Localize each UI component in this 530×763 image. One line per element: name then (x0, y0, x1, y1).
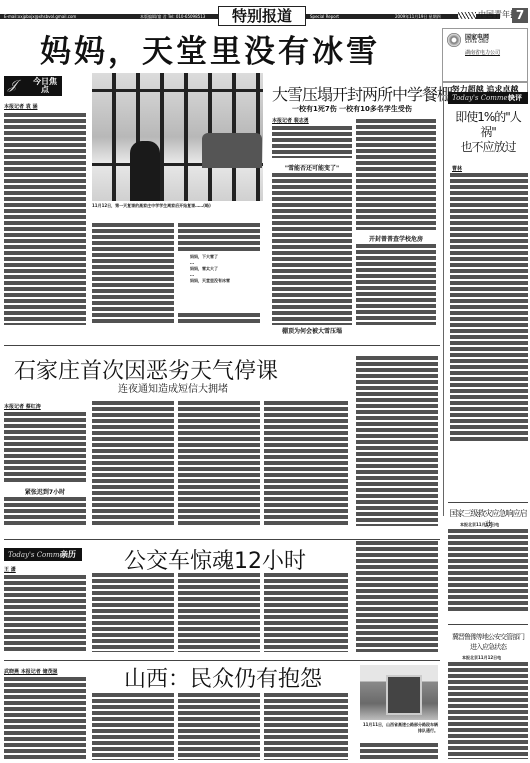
commentary-title-line2: 也不应放过 (448, 140, 528, 155)
lead-body-col1 (4, 112, 86, 325)
story2-body-2 (272, 172, 352, 325)
story3-section-head: 紧张迟到7小时 (4, 487, 86, 496)
lead-photo (92, 73, 263, 201)
focus-tag-label: 今日焦点 (32, 78, 58, 94)
story5-headline: 山西：民众仍有抱怨 (124, 662, 322, 693)
story2-body-3 (356, 118, 436, 230)
lead-body-col2 (92, 222, 174, 325)
today-focus-tag: 𝒥 今日焦点 (4, 76, 62, 96)
sidebar-news-2-title: 冀晋鲁豫等地公安交管部门 进入应急状态 (448, 632, 528, 652)
sidebar-news-2-title-line1: 冀晋鲁豫等地公安交管部门 (448, 632, 528, 642)
email-text: E-mail:xxjpbxjx@xhsbvol.gmail.com (4, 14, 76, 19)
lead-photo-caption: 11月12日，第一天复课的高家庄中学学生离家后开始复课……(略) (92, 203, 263, 217)
sidebar-news-2-title-line2: 进入应急状态 (448, 642, 528, 652)
commentary-script: Today's Comment (452, 94, 515, 102)
sidebar-news-1-body (448, 528, 528, 612)
lead-headline: 妈妈，天堂里没有冰雪 (40, 26, 380, 71)
decorative-hatch (458, 12, 476, 19)
story2-byline: 本报记者 裴志勇 (272, 117, 309, 124)
sidebar-news-divider (448, 502, 528, 503)
commentary-tag: Today's Comment 快评 (448, 92, 528, 104)
story3-byline: 本报记者 蔡红涛 (4, 403, 41, 410)
story3-body-4 (178, 400, 260, 526)
story5-body-5 (360, 742, 438, 760)
story3-body-2 (4, 496, 86, 526)
focus-script-icon: 𝒥 (8, 78, 17, 93)
page-number: 7 (512, 8, 528, 23)
story4-body-4 (264, 572, 348, 652)
story4-body-3 (178, 572, 260, 652)
section-en: Special Report (310, 14, 339, 19)
story3-body-3 (92, 400, 174, 526)
lead-body-col3 (178, 222, 260, 252)
issue-date: 2009年11月19日 星期四 (395, 14, 441, 19)
story4-tag: Today's Comment 亲历 (4, 548, 82, 561)
story2-body-4 (356, 243, 436, 325)
story5-photo-caption: 11月11日，山西省高速公路部分路段车辆排队通行。 (360, 722, 438, 740)
sidebar-news-divider-2 (448, 624, 528, 625)
lead-byline: 本报记者 袁 涵 (4, 103, 37, 110)
state-grid-ad[interactable]: 国家电网 STATE GRID 湖南省电力公司 (442, 28, 528, 82)
story2-section-head-1: "雪能否还可能变了" (272, 163, 352, 172)
story4-byline: 王 潇 (4, 566, 16, 573)
story3-body-1 (4, 411, 86, 483)
commentary-byline: 曹林 (452, 165, 462, 172)
editor-info: 本版编辑/童 君 Tel: 010-65098513 (140, 14, 205, 19)
story5-body-3 (178, 692, 260, 760)
story2-body-1 (272, 125, 352, 158)
story2-subheadline: 一校有1死7伤 一校有10多名学生受伤 (292, 104, 412, 114)
masthead-bar: E-mail:xxjpbxjx@xhsbvol.gmail.com 本版编辑/童… (0, 6, 530, 16)
poem-line: 妈妈，天堂里没有冰雪 (190, 278, 262, 284)
story4-body-5 (356, 540, 438, 652)
story3-body-6 (356, 355, 438, 526)
story4-headline: 公交车惊魂12小时 (124, 544, 306, 575)
story4-script: Today's Comment (8, 551, 71, 559)
story5-body-4 (264, 692, 348, 760)
commentary-body (450, 172, 528, 442)
lead-body-col3b (178, 312, 260, 325)
section-divider (4, 345, 440, 346)
story5-byline: 武晓燕 本报记者 储茂强 (4, 668, 57, 675)
sidebar-divider (443, 96, 444, 516)
lead-poem: 妈妈，下大雪了 … 妈妈，雪太大了 … 妈妈，天堂里没有冰雪 (190, 254, 262, 314)
commentary-headline: 即使1%的"人祸" 也不应放过 (448, 110, 528, 155)
commentary-title-line1: 即使1%的"人祸" (448, 110, 528, 140)
sidebar-news-2-body (448, 661, 528, 759)
story4-body-1 (4, 574, 86, 652)
story4-body-2 (92, 572, 174, 652)
story5-photo (360, 665, 438, 720)
section-title: 特别报道 (218, 6, 306, 26)
story3-subheadline: 连夜通知造成短信大拥堵 (118, 380, 228, 395)
section-divider-3 (4, 660, 440, 661)
story2-section-head-2: 开封曾普查学校危房 (356, 234, 436, 243)
story2-headline: 大雪压塌开封两所中学餐棚 (272, 82, 452, 105)
story5-body-2 (92, 692, 174, 760)
story5-body-1 (4, 676, 86, 760)
ad-company-en: STATE GRID (465, 39, 488, 44)
story3-body-5 (264, 400, 348, 526)
state-grid-logo-icon (447, 33, 461, 47)
ad-branch: 湖南省电力公司 (465, 49, 500, 56)
story2-section-head-3: 棚顶为何会被大雪压塌 (272, 326, 352, 335)
